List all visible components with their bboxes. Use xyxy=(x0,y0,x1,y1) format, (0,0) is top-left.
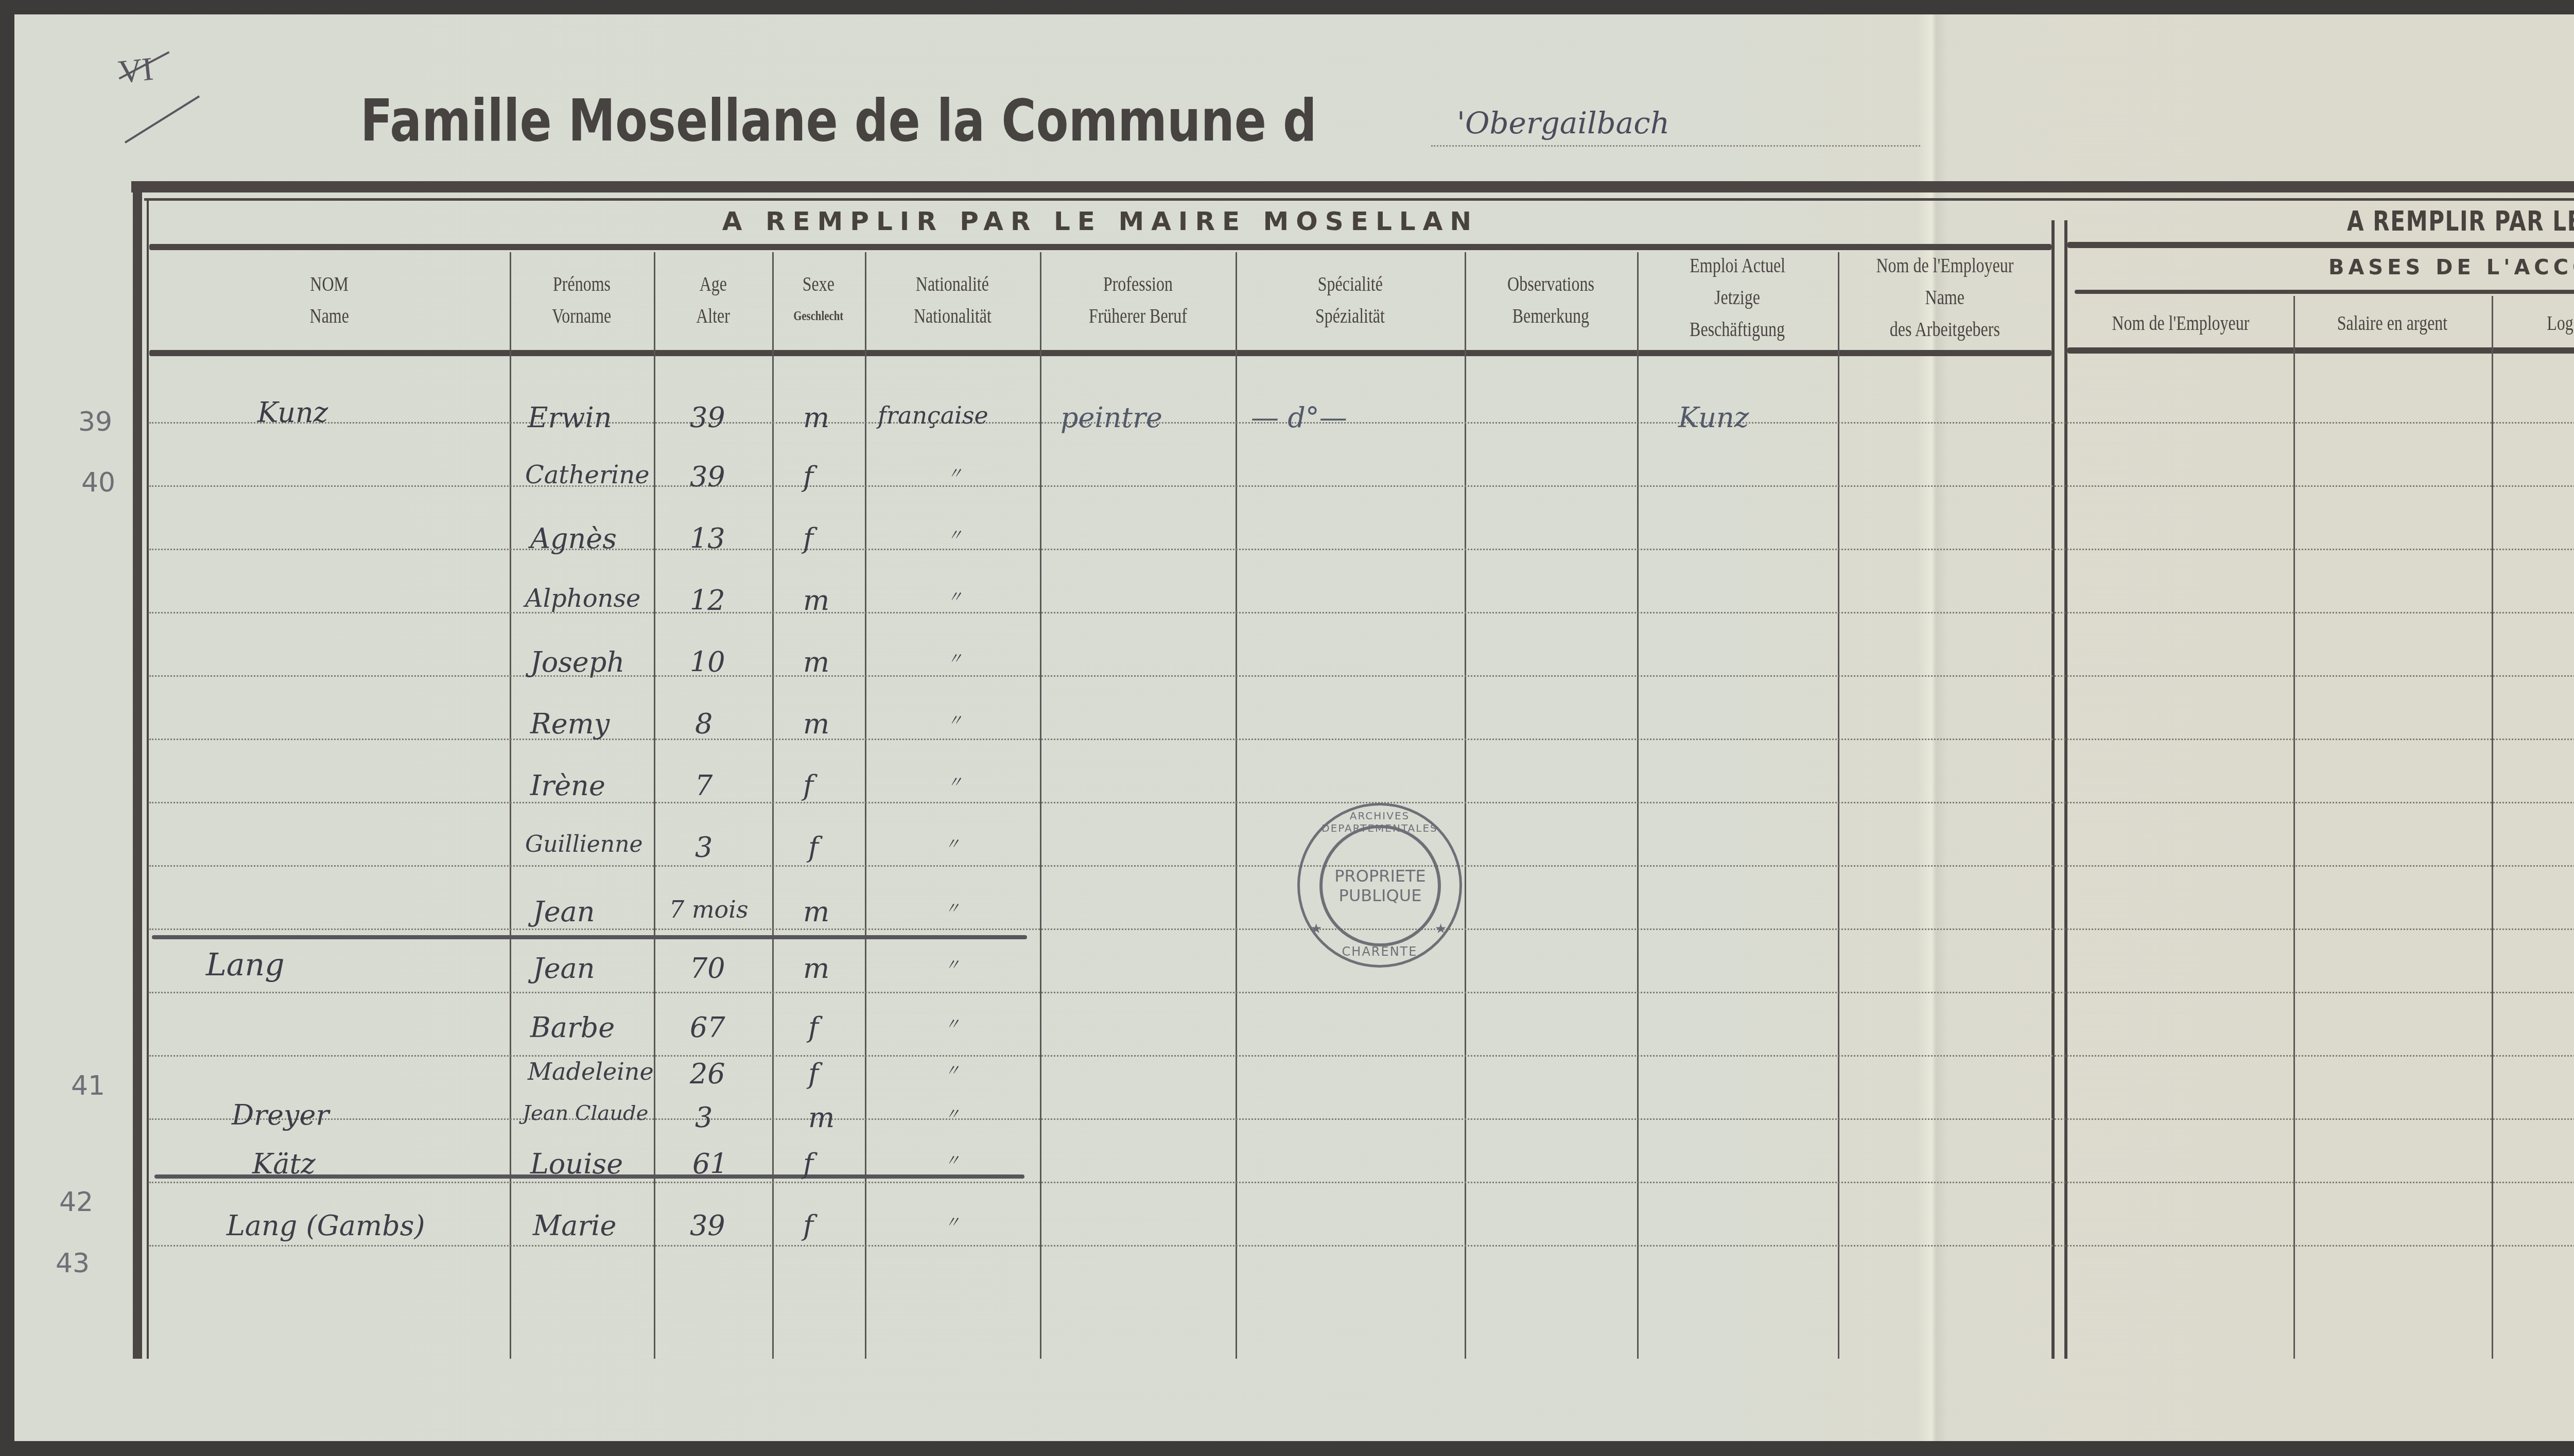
family-divider xyxy=(152,935,1027,939)
bases-underline xyxy=(2075,290,2574,294)
cell-nationalite: 〃 xyxy=(945,1011,960,1034)
title-left: Famille Mosellane de la Commune d xyxy=(360,87,1317,154)
col-line xyxy=(865,252,866,1359)
row-line xyxy=(149,739,2574,740)
cell-age: 7 mois xyxy=(669,896,749,923)
cell-prenom: Alphonse xyxy=(525,584,641,613)
cell-prenom: Remy xyxy=(530,708,610,740)
cell-nationalite: 〃 xyxy=(947,769,963,792)
cell-prenom: Louise xyxy=(530,1148,623,1180)
cell-nationalite: 〃 xyxy=(947,708,963,730)
table-left-inner-border xyxy=(147,198,149,1359)
header-bottom-bar-left xyxy=(149,350,2051,356)
cell-age: 39 xyxy=(690,401,725,434)
cell-sexe: m xyxy=(803,896,829,928)
cell-age: 13 xyxy=(690,522,725,555)
cell-nationalite: 〃 xyxy=(945,1148,960,1170)
cell-sexe: m xyxy=(803,584,829,617)
cell-nom: Kunz xyxy=(257,396,328,429)
cell-nationalite: 〃 xyxy=(945,1209,960,1232)
bases-de-l-accord-header: BASES DE L'ACCORD xyxy=(2067,252,2574,283)
cell-nom: Kätz xyxy=(252,1148,316,1180)
col-header-logement: Logement xyxy=(2492,299,2574,347)
row-line xyxy=(149,549,2574,550)
cell-nationalite: 〃 xyxy=(945,952,960,975)
col-line xyxy=(1236,252,1237,1359)
row-line xyxy=(149,1118,2574,1120)
cell-age: 39 xyxy=(690,461,725,493)
cell-sexe: m xyxy=(803,952,829,985)
cell-prenom: Madeleine xyxy=(528,1058,654,1085)
cell-prenom: Barbe xyxy=(530,1011,615,1044)
cell-sexe: m xyxy=(803,708,829,740)
col-header-emploi-actuel: Emploi ActuelJetzigeBeschäftigung xyxy=(1637,247,1838,347)
cell-age: 3 xyxy=(695,1101,712,1134)
left-section-title: A REMPLIR PAR LE MAIRE MOSELLAN xyxy=(149,198,2051,244)
archive-stamp: ARCHIVES DEPARTEMENTALES PROPRIETE PUBLI… xyxy=(1297,803,1462,968)
col-header-prenoms: PrénomsVorname xyxy=(510,252,654,347)
col-line xyxy=(1838,252,1839,1359)
cell-nom: Lang (Gambs) xyxy=(227,1209,425,1242)
section-divider xyxy=(2051,220,2055,1359)
col-header-r-nom-employeur: Nom de l'Employeur xyxy=(2067,299,2294,347)
cell-sexe: f xyxy=(808,831,819,864)
cell-prenom: Jean xyxy=(533,896,595,928)
cell-profession: peintre xyxy=(1060,401,1162,434)
cell-age: 61 xyxy=(692,1148,728,1180)
cell-age: 10 xyxy=(690,646,725,678)
col-header-age: AgeAlter xyxy=(654,252,772,347)
margin-number: 43 xyxy=(56,1248,90,1279)
header-top-bar-right xyxy=(2067,242,2574,248)
cell-nationalite: 〃 xyxy=(947,646,963,669)
row-line xyxy=(149,1055,2574,1057)
cell-age: 67 xyxy=(690,1011,725,1044)
cell-sexe: f xyxy=(803,461,813,493)
cell-age: 39 xyxy=(690,1209,725,1242)
cell-sexe: m xyxy=(808,1101,834,1134)
cell-age: 8 xyxy=(695,708,712,740)
col-line xyxy=(2293,296,2295,1359)
cell-prenom: Marie xyxy=(533,1209,617,1242)
cell-nationalite: française xyxy=(878,401,988,429)
stamp-center: PROPRIETE PUBLIQUE xyxy=(1319,825,1441,946)
cell-age: 7 xyxy=(695,769,712,802)
col-line xyxy=(510,252,511,1359)
col-header-profession: ProfessionFrüherer Beruf xyxy=(1040,252,1236,347)
cell-sexe: f xyxy=(803,522,813,555)
section-divider xyxy=(2064,220,2067,1359)
col-line xyxy=(1465,252,1466,1359)
cell-prenom: Erwin xyxy=(528,401,612,434)
cell-emploi: Kunz xyxy=(1678,401,1749,434)
cell-prenom: Catherine xyxy=(525,461,650,489)
row-line xyxy=(149,1245,2574,1247)
row-line xyxy=(149,992,2574,993)
cell-nom: Lang xyxy=(206,947,285,983)
cell-nationalite: 〃 xyxy=(945,896,960,918)
margin-number: 39 xyxy=(78,407,112,437)
col-line xyxy=(654,252,655,1359)
cell-nationalite: 〃 xyxy=(945,1058,960,1080)
row-line xyxy=(149,422,2574,424)
cell-prenom: Guillienne xyxy=(525,831,643,857)
cell-specialite: — d°— xyxy=(1251,401,1347,434)
row-line xyxy=(149,1182,2574,1183)
cell-nationalite: 〃 xyxy=(947,522,963,545)
header-bottom-bar-right xyxy=(2067,347,2574,354)
cell-nationalite: 〃 xyxy=(947,584,963,607)
cell-prenom: Agnès xyxy=(530,522,617,555)
margin-number: 41 xyxy=(71,1071,105,1101)
cell-prenom: Joseph xyxy=(530,646,624,678)
col-header-nom-employeur: Nom de l'EmployeurNamedes Arbeitgebers xyxy=(1838,247,2051,347)
roman-numeral: VI xyxy=(116,50,155,92)
cell-sexe: f xyxy=(808,1058,819,1090)
star-icon: ★ xyxy=(1310,921,1322,937)
col-header-sexe: SexeGeschlecht xyxy=(772,252,865,347)
cell-sexe: m xyxy=(803,401,829,434)
cell-age: 3 xyxy=(695,831,712,864)
cell-prenom: Jean xyxy=(533,952,595,985)
cell-age: 26 xyxy=(690,1058,725,1090)
cell-nationalite: 〃 xyxy=(945,831,960,854)
cell-age: 12 xyxy=(690,584,725,617)
cell-nom: Dreyer xyxy=(232,1099,329,1131)
margin-number: 42 xyxy=(59,1187,93,1218)
cell-sexe: f xyxy=(803,1148,813,1180)
row-line xyxy=(149,612,2574,613)
table-top-border xyxy=(131,181,2574,192)
col-header-observations: ObservationsBemerkung xyxy=(1465,252,1637,347)
cell-sexe: f xyxy=(803,1209,813,1242)
col-line xyxy=(1637,252,1639,1359)
commune-dotted-line xyxy=(1431,145,1920,147)
col-line xyxy=(2492,296,2493,1359)
margin-number: 40 xyxy=(81,467,115,498)
col-line xyxy=(772,252,774,1359)
cell-nationalite: 〃 xyxy=(947,461,963,483)
col-header-specialite: SpécialitéSpézialität xyxy=(1236,252,1465,347)
cell-prenom: Irène xyxy=(530,769,605,802)
col-header-nom: NOMName xyxy=(149,252,510,347)
cell-sexe: m xyxy=(803,646,829,678)
col-line xyxy=(1040,252,1041,1359)
col-header-salaire: Salaire en argent xyxy=(2293,299,2492,347)
cell-nationalite: 〃 xyxy=(945,1101,960,1124)
cell-sexe: f xyxy=(803,769,813,802)
row-line xyxy=(149,802,2574,803)
row-line xyxy=(149,485,2574,487)
right-section-title: A REMPLIR PAR LE PRÉSIDENT DU COMITÉ COM… xyxy=(2245,196,2574,247)
cell-sexe: f xyxy=(808,1011,819,1044)
stamp-ring-bottom: CHARENTE xyxy=(1300,944,1459,959)
table-left-border xyxy=(133,181,142,1359)
col-header-nationalite: NationalitéNationalität xyxy=(865,252,1040,347)
commune-name-handwritten: 'Obergailbach xyxy=(1457,106,1669,141)
cell-age: 70 xyxy=(690,952,725,985)
row-line xyxy=(149,675,2574,677)
cell-prenom: Jean Claude xyxy=(523,1101,648,1125)
star-icon: ★ xyxy=(1435,921,1447,937)
